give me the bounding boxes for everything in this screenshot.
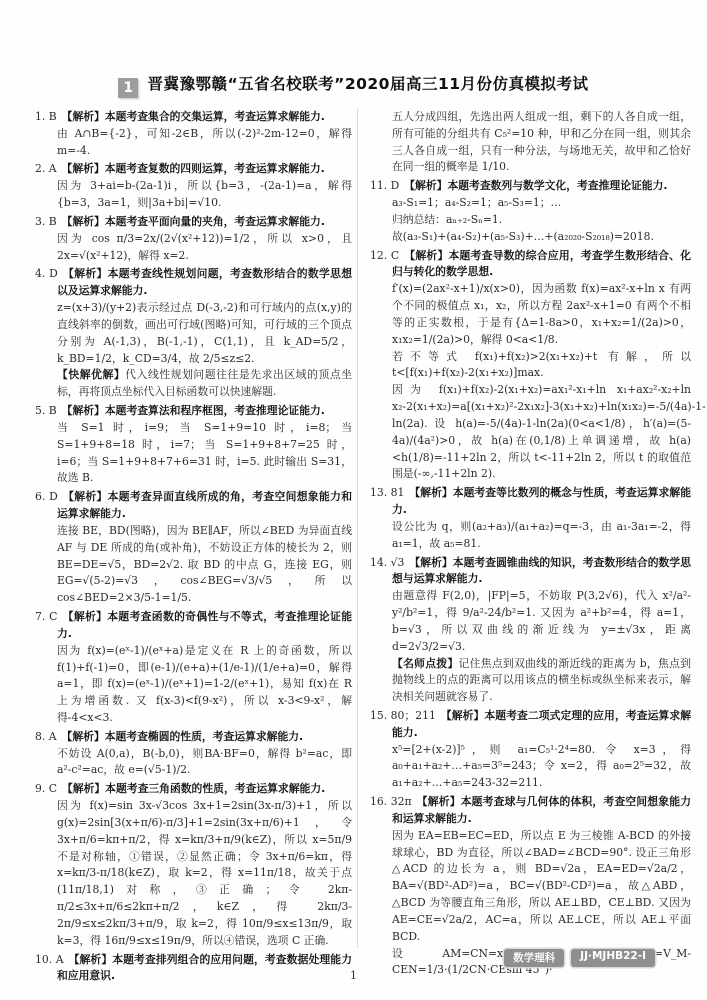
answer-item-12: 12. C【解析】本题考查导数的综合应用，考查学生数形结合、化归与转化的数学思想… — [370, 248, 691, 484]
item-number: 3. B — [35, 215, 62, 228]
item-number: 12. C — [370, 249, 404, 262]
item-analysis: 【解析】本题考查异面直线所成的角，考查空间想象能力和运算求解能力. — [57, 490, 352, 520]
item-number: 6. D — [35, 490, 63, 503]
item-body-line: 归纳总结：aₙ₊₂-Sₙ=1. — [392, 212, 691, 229]
left-column: 1. B【解析】本题考查集合的交集运算，考查运算求解能力. 由 A∩B={-2}… — [35, 109, 352, 948]
item-analysis: 【解析】本题考查平面向量的夹角，考查运算求解能力. — [62, 215, 325, 228]
answer-item-8: 8. A【解析】本题考查椭圆的性质，考查运算求解能力. 不妨设 A(0,a)，B… — [35, 729, 352, 779]
item-body-line: 因为 f(x₁)+f(x₂)-2(x₁+x₂)=ax₁²-x₁+ln x₁+ax… — [392, 382, 691, 483]
item-analysis: 【解析】本题考查数列与数学文化，考查推理论证能力. — [404, 179, 667, 192]
item-number: 16. 32π — [370, 795, 417, 808]
item-body-line: 因为 f(x)=sin 3x-√3cos 3x+1=2sin(3x-π/3)+1… — [57, 798, 352, 949]
answer-item-10-continued: 五人分成四组，先选出两人组成一组，剩下的人各自成一组，所有可能的分组共有 C₅²… — [370, 109, 691, 176]
item-number: 7. C — [35, 610, 62, 623]
answer-item-2: 2. A【解析】本题考查复数的四则运算，考查运算求解能力. 因为 3+ai=b-… — [35, 161, 352, 211]
item-body-line: x⁵=[2+(x-2)]⁵，则 a₁=C₅¹·2⁴=80. 令 x=3，得 a₀… — [392, 742, 691, 792]
footer-badges: 数学理科 JJ·MJHB22-Ⅰ — [504, 949, 655, 967]
answer-item-5: 5. B【解析】本题考查算法和程序框图，考查推理论证能力. 当 S=1 时，i=… — [35, 403, 352, 487]
item-number: 10. A — [35, 953, 69, 966]
item-number: 9. C — [35, 782, 62, 795]
page-title: 1晋冀豫鄂赣“五省名校联考”2020届高三11月份仿真模拟考试 — [0, 72, 707, 98]
item-body-line: 不妨设 A(0,a)，B(-b,0)，则BA·BF=0，解得 b²=ac，即 a… — [57, 746, 352, 780]
item-note: 【名师点拨】记住焦点到双曲线的渐近线的距离为 b，焦点到抛物线上的点的距离可以用… — [392, 656, 691, 706]
item-analysis: 【解析】本题考查线性规划问题，考查数形结合的数学思想以及运算求解能力. — [57, 267, 352, 297]
item-analysis: 【解析】本题考查椭圆的性质，考查运算求解能力. — [62, 730, 304, 743]
page-title-text: 晋冀豫鄂赣“五省名校联考”2020届高三11月份仿真模拟考试 — [147, 75, 588, 93]
item-number: 2. A — [35, 162, 62, 175]
paper-code-badge: JJ·MJHB22-Ⅰ — [571, 949, 655, 967]
item-analysis: 【解析】本题考查球与几何体的体积，考查空间想象能力和运算求解能力. — [392, 795, 691, 825]
item-analysis: 【解析】本题考查集合的交集运算，考查运算求解能力. — [62, 110, 325, 123]
right-column: 五人分成四组，先选出两人组成一组，剩下的人各自成一组，所有可能的分组共有 C₅²… — [357, 109, 691, 948]
item-number: 1. B — [35, 110, 62, 123]
item-analysis: 【解析】本题考查导数的综合应用，考查学生数形结合、化归与转化的数学思想. — [392, 249, 691, 279]
content-columns: 1. B【解析】本题考查集合的交集运算，考查运算求解能力. 由 A∩B={-2}… — [35, 109, 691, 948]
answer-item-9: 9. C【解析】本题考查三角函数的性质，考查运算求解能力. 因为 f(x)=si… — [35, 781, 352, 949]
item-body-line: 因为 cos π/3=2x/(2√(x²+12))=1/2，所以 x>0，且 2… — [57, 231, 352, 265]
answer-item-14: 14. √3【解析】本题考查圆锥曲线的知识，考查数形结合的数学思想与运算求解能力… — [370, 555, 691, 706]
answer-item-1: 1. B【解析】本题考查集合的交集运算，考查运算求解能力. 由 A∩B={-2}… — [35, 109, 352, 159]
item-body-line: 若不等式 f(x₁)+f(x₂)>2(x₁+x₂)+t 有解，所以 t<[f(x… — [392, 349, 691, 383]
answer-item-4: 4. D【解析】本题考查线性规划问题，考查数形结合的数学思想以及运算求解能力. … — [35, 266, 352, 401]
item-body-line: 因为 3+ai=b-(2a-1)i，所以{b=3，-(2a-1)=a，解得{b=… — [57, 178, 352, 212]
item-body-line: 当 S=1 时，i=9；当 S=1+9=10 时，i=8；当 S=1+9+8=1… — [57, 420, 352, 487]
item-analysis: 【解析】本题考查三角函数的性质，考查运算求解能力. — [62, 782, 325, 795]
item-body-line: a₃-S₁=1；a₄-S₂=1；a₅-S₃=1；… — [392, 195, 691, 212]
answer-item-7: 7. C【解析】本题考查函数的奇偶性与不等式，考查推理论证能力. 因为 f(x)… — [35, 609, 352, 727]
item-number: 5. B — [35, 404, 62, 417]
note-label: 【快解优解】 — [57, 368, 125, 381]
item-body-line: 设公比为 q，则(a₂+a₃)/(a₁+a₂)=q=-3，由 a₁-3a₁=-2… — [392, 519, 691, 553]
item-body-line: 五人分成四组，先选出两人组成一组，剩下的人各自成一组，所有可能的分组共有 C₅²… — [392, 109, 691, 176]
item-analysis: 【解析】本题考查函数的奇偶性与不等式，考查推理论证能力. — [57, 610, 352, 640]
item-body-line: 因为 f(x)=(eˣ-1)/(eˣ+a)是定义在 R 上的奇函数，所以 f(1… — [57, 643, 352, 727]
item-analysis: 【解析】本题考查等比数列的概念与性质，考查运算求解能力. — [392, 486, 691, 516]
item-body-line: 由题意得 F(2,0)，|FP|=5，不妨取 P(3,2√6)，代入 x²/a²… — [392, 588, 691, 655]
item-number: 11. D — [370, 179, 404, 192]
item-number: 4. D — [35, 267, 63, 280]
answer-item-13: 13. 81【解析】本题考查等比数列的概念与性质，考查运算求解能力. 设公比为 … — [370, 485, 691, 552]
item-body-line: 故(a₃-S₁)+(a₄-S₂)+(a₅-S₃)+…+(a₂₀₂₀-S₂₀₁₈)… — [392, 229, 691, 246]
item-analysis: 【解析】本题考查圆锥曲线的知识，考查数形结合的数学思想与运算求解能力. — [392, 556, 691, 586]
item-body-line: z=(x+3)/(y+2)表示经过点 D(-3,-2)和可行域内的点(x,y)的… — [57, 300, 352, 367]
page-number: 1 — [0, 969, 707, 982]
item-analysis: 【解析】本题考查复数的四则运算，考查运算求解能力. — [62, 162, 325, 175]
item-body-line: f′(x)=(2ax²-x+1)/x(x>0)，因为函数 f(x)=ax²-x+… — [392, 281, 691, 348]
item-number: 8. A — [35, 730, 62, 743]
note-label: 【名师点拨】 — [392, 657, 459, 670]
item-number: 15. 80；211 — [370, 709, 441, 722]
subject-badge: 数学理科 — [504, 949, 564, 967]
item-note: 【快解优解】代入线性规划问题往往是先求出区域的顶点坐标，再将顶点坐标代入目标函数… — [57, 367, 352, 401]
item-body-line: 因为 EA=EB=EC=ED，所以点 E 为三棱锥 A-BCD 的外接球球心，B… — [392, 828, 691, 946]
answer-item-11: 11. D【解析】本题考查数列与数学文化，考查推理论证能力. a₃-S₁=1；a… — [370, 178, 691, 245]
item-number: 13. 81 — [370, 486, 409, 499]
answer-item-3: 3. B【解析】本题考查平面向量的夹角，考查运算求解能力. 因为 cos π/3… — [35, 214, 352, 264]
answer-item-6: 6. D【解析】本题考查异面直线所成的角，考查空间想象能力和运算求解能力. 连接… — [35, 489, 352, 607]
item-body-line: 连接 BE，BD(图略)，因为 BE∥AF，所以∠BED 为异面直线 AF 与 … — [57, 523, 352, 607]
item-body-line: 由 A∩B={-2}，可知-2∈B，所以(-2)²-2m-12=0，解得 m=-… — [57, 126, 352, 160]
item-analysis: 【解析】本题考查算法和程序框图，考查推理论证能力. — [62, 404, 325, 417]
answer-item-15: 15. 80；211【解析】本题考查二项式定理的应用，考查运算求解能力. x⁵=… — [370, 708, 691, 792]
title-number-badge: 1 — [118, 78, 138, 98]
exam-answer-page: 1晋冀豫鄂赣“五省名校联考”2020届高三11月份仿真模拟考试 1. B【解析】… — [0, 0, 707, 1000]
item-number: 14. √3 — [370, 556, 409, 569]
